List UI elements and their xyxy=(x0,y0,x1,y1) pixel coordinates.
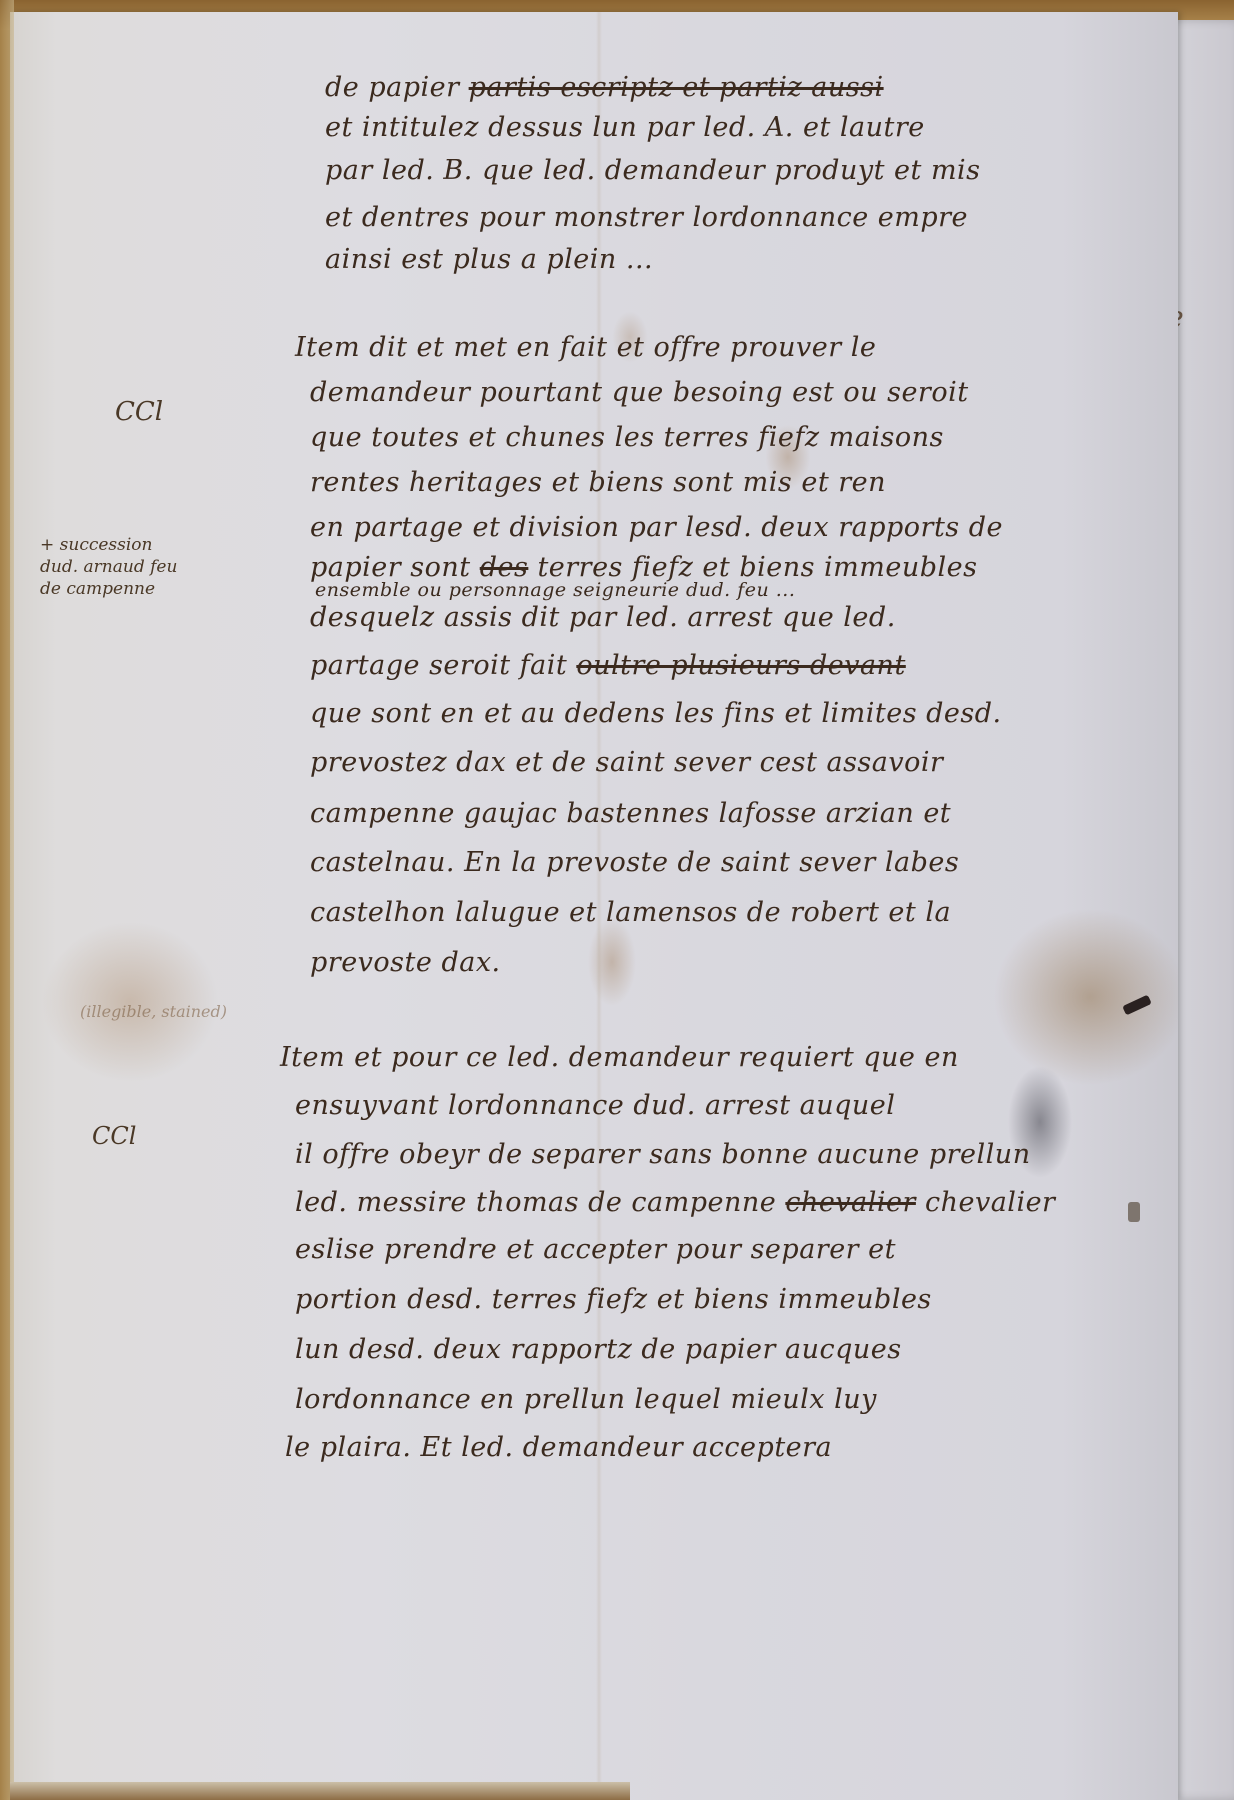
text-line: ainsi est plus a plein ... xyxy=(325,244,653,275)
line-text: chevalier xyxy=(925,1187,1056,1218)
text-line: Item dit et met en fait et offre prouver… xyxy=(295,332,876,363)
text-line: prevostez dax et de saint sever cest ass… xyxy=(310,747,943,778)
text-line: prevoste dax. xyxy=(310,947,501,978)
text-line: partage seroit fait oultre plusieurs dev… xyxy=(310,650,906,681)
text-line: Item et pour ce led. demandeur requiert … xyxy=(280,1042,959,1073)
line-text: led. messire thomas de campenne xyxy=(295,1187,776,1218)
text-line: le plaira. Et led. demandeur acceptera xyxy=(285,1432,832,1463)
text-line: demandeur pourtant que besoing est ou se… xyxy=(310,377,969,408)
faded-margin-note: (illegible, stained) xyxy=(80,1002,227,1021)
text-line: il offre obeyr de separer sans bonne auc… xyxy=(295,1139,1031,1170)
text-line: et intitulez dessus lun par led. A. et l… xyxy=(325,112,925,143)
text-line: lun desd. deux rapportz de papier aucque… xyxy=(295,1334,902,1365)
text-line: castelhon lalugue et lamensos de robert … xyxy=(310,897,951,928)
struck-text: oultre plusieurs devant xyxy=(576,650,905,681)
ink-blot xyxy=(1122,995,1152,1016)
text-line: led. messire thomas de campenne chevalie… xyxy=(295,1187,1055,1218)
text-line: desquelz assis dit par led. arrest que l… xyxy=(310,602,896,633)
text-line: par led. B. que led. demandeur produyt e… xyxy=(325,155,981,186)
page-bottom-edge xyxy=(10,1782,630,1800)
text-line: eslise prendre et accepter pour separer … xyxy=(295,1234,896,1265)
text-line: campenne gaujac bastennes lafosse arzian… xyxy=(310,798,951,829)
table-surface-left xyxy=(0,0,14,1800)
text-line: lordonnance en prellun lequel mieulx luy xyxy=(295,1384,877,1415)
page-tear xyxy=(1128,1202,1140,1222)
line-text: partage seroit fait xyxy=(310,650,567,681)
margin-number: CCl xyxy=(115,397,163,427)
text-line: castelnau. En la prevoste de saint sever… xyxy=(310,847,959,878)
margin-line: dud. arnaud feu xyxy=(40,556,177,578)
text-line: que toutes et chunes les terres fiefz ma… xyxy=(310,422,944,453)
manuscript-page: de papier partis escriptz et partiz auss… xyxy=(10,12,1178,1800)
margin-line: + succession xyxy=(40,534,177,556)
text-line: de papier partis escriptz et partiz auss… xyxy=(325,72,884,103)
margin-number: CCl xyxy=(92,1122,136,1150)
text-line: portion desd. terres fiefz et biens imme… xyxy=(295,1284,932,1315)
text-line: rentes heritages et biens sont mis et re… xyxy=(310,467,886,498)
margin-line: de campenne xyxy=(40,578,177,600)
text-line: et dentres pour monstrer lordonnance emp… xyxy=(325,202,968,233)
margin-annotation: + succession dud. arnaud feu de campenne xyxy=(40,534,177,600)
struck-text: partis escriptz et partiz aussi xyxy=(469,72,884,103)
text-line: que sont en et au dedens les fins et lim… xyxy=(310,698,1002,729)
text-line: en partage et division par lesd. deux ra… xyxy=(310,512,1003,543)
struck-text: chevalier xyxy=(785,1187,916,1218)
interlinear-insertion: ensemble ou personnage seigneurie dud. f… xyxy=(315,579,795,601)
text-line: ensuyvant lordonnance dud. arrest auquel xyxy=(295,1090,895,1121)
line-text: de papier xyxy=(325,72,460,103)
